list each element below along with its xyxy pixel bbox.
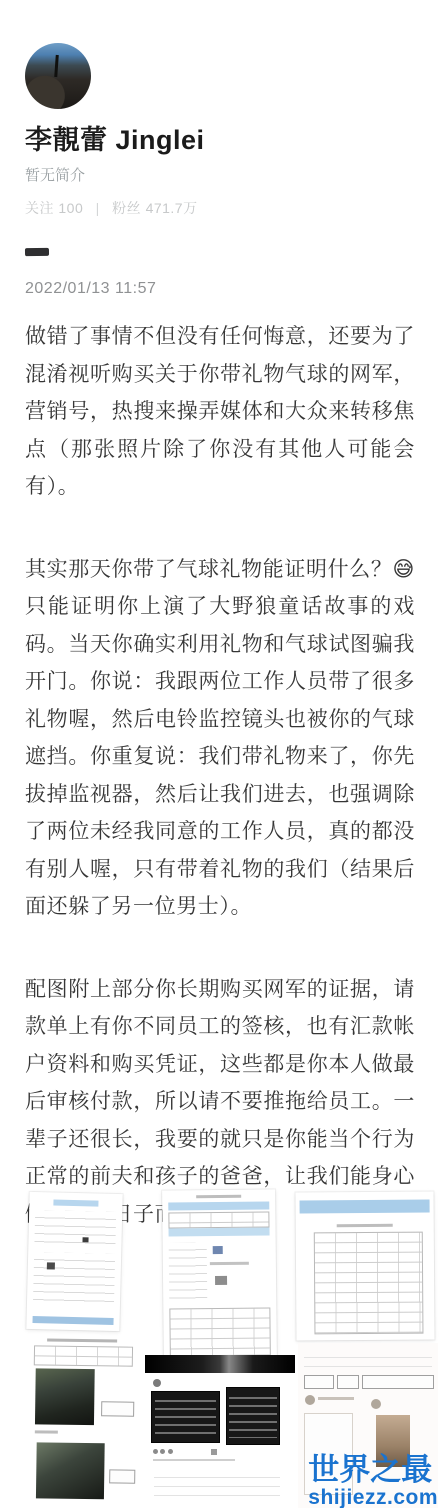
- attachment-grid: 世界之最 shijiezz.com: [0, 1188, 440, 1508]
- weibo-post-page: 李靚蕾 Jinglei 暂无简介 关注 100 | 粉丝 471.7万 2022…: [0, 0, 440, 1508]
- profile-header: 李靚蕾 Jinglei 暂无简介 关注 100 | 粉丝 471.7万 2022…: [0, 0, 440, 298]
- profile-name[interactable]: 李靚蕾 Jinglei: [25, 125, 415, 155]
- site-watermark-title: 世界之最: [308, 1454, 438, 1485]
- attachment-doc-scan-2[interactable]: [162, 1189, 277, 1360]
- attachment-doc-scan-3[interactable]: [295, 1192, 434, 1341]
- attachment-screenshot-dark-posts[interactable]: [145, 1355, 295, 1508]
- post-timestamp: 2022/01/13 11:57: [25, 280, 415, 298]
- profile-stats: 关注 100 | 粉丝 471.7万: [25, 198, 415, 218]
- post-paragraph-2: 其实那天你带了气球礼物能证明什么？😅 只能证明你上演了大野狼童话故事的戏码。当天…: [25, 551, 415, 926]
- attachment-photo-page[interactable]: [25, 1334, 140, 1508]
- collapsed-dash: [25, 248, 49, 256]
- following-count[interactable]: 100: [58, 200, 83, 216]
- avatar[interactable]: [25, 43, 91, 109]
- site-watermark: 世界之最 shijiezz.com: [308, 1454, 438, 1508]
- post-body: 做错了事情不但没有任何悔意，还要为了混淆视听购买关于你带礼物气球的网军，营销号，…: [0, 298, 440, 1233]
- followers-label: 粉丝: [112, 200, 141, 216]
- site-watermark-url: shijiezz.com: [308, 1487, 438, 1508]
- followers-count[interactable]: 471.7万: [146, 200, 198, 216]
- profile-bio: 暂无简介: [25, 164, 415, 185]
- post-paragraph-1: 做错了事情不但没有任何悔意，还要为了混淆视听购买关于你带礼物气球的网军，营销号，…: [25, 318, 415, 506]
- stats-divider: |: [96, 200, 100, 216]
- attachment-doc-scan-1[interactable]: [26, 1192, 122, 1331]
- following-label: 关注: [25, 200, 54, 216]
